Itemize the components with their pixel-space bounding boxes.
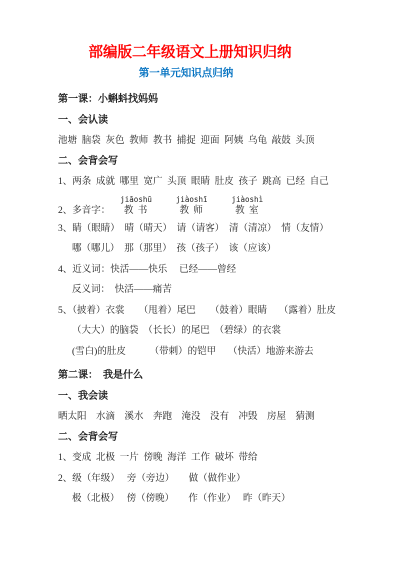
unit-subtitle: 第一单元知识点归纳 [0,64,372,84]
lesson1-phrases-line2: （大大）的脑袋 （长长）的尾巴 （碧绿）的衣裳 [72,321,400,342]
polyphone-label: 2、多音字： [58,204,110,219]
lesson2-homophones-line1: 2、级（年级） 旁（旁边） 做（做作业） [58,469,400,490]
lesson1-write-words: 1、两条 成就 哪里 宽广 头顶 眼睛 肚皮 孩子 跳高 已经 自己 [58,172,400,193]
lesson1-phrases-line1: 5、（披着）衣裳 （甩着）尾巴 （鼓着）眼睛 （露着）肚皮 [58,301,400,322]
polyphone-row: 2、多音字： jiāoshū 教 书 jiàoshī 教 师 jiàoshì 教… [58,193,400,219]
lesson1-heading: 第一课：小蝌蚪找妈妈 [58,90,400,111]
lesson2-read-heading: 一、我会读 [58,387,400,408]
pinyin-text: jiàoshī [176,195,208,204]
pinyin-text: jiāoshū [120,195,152,204]
document-page: 部编版二年级语文上册知识归纳 第一单元知识点归纳 第一课：小蝌蚪找妈妈 一、会认… [0,0,400,566]
lesson1-read-heading: 一、会认读 [58,111,400,132]
lesson1-homophones-line2: 哪（哪儿） 那（那里） 孩（孩子） 该（应该） [72,239,400,260]
pinyin-characters: 教 书 [124,204,148,219]
lesson1-homophones-line1: 3、睛（眼睛） 晴（晴天） 请（请客） 清（清凉） 情（友情） [58,219,400,240]
lesson1-read-words: 池塘 脑袋 灰色 教师 教书 捕捉 迎面 阿姨 乌龟 敲鼓 头顶 [58,131,400,152]
lesson1-phrases-line3: (雪白)的肚皮 （带刺）的铠甲 （快活）地游来游去 [72,342,400,363]
lesson2-write-heading: 二、会背会写 [58,428,400,449]
lesson1-antonyms: 反义词： 快活——痛苦 [72,280,400,301]
document-title: 部编版二年级语文上册知识归纳 [0,42,380,64]
lesson1-write-heading: 二、会背会写 [58,152,400,173]
lesson2-read-words: 晒太阳 水滴 溪水 奔跑 淹没 没有 冲毁 房屋 猜测 [58,407,400,428]
pinyin-characters: 教 室 [235,204,259,219]
polyphone-group-2: jiàoshī 教 师 [176,195,208,219]
lesson2-heading: 第二课： 我是什么 [58,366,400,387]
pinyin-text: jiàoshì [231,195,263,204]
lesson1-synonyms: 4、近义词：快活——快乐 已经——曾经 [58,260,400,281]
polyphone-group-1: jiāoshū 教 书 [120,195,152,219]
pinyin-characters: 教 师 [179,204,203,219]
lesson2-write-words: 1、变成 北极 一片 傍晚 海洋 工作 破坏 带给 [58,448,400,469]
polyphone-group-3: jiàoshì 教 室 [231,195,263,219]
lesson2-homophones-line2: 极（北极） 傍（傍晚） 作（作业） 昨（昨天） [72,489,400,510]
